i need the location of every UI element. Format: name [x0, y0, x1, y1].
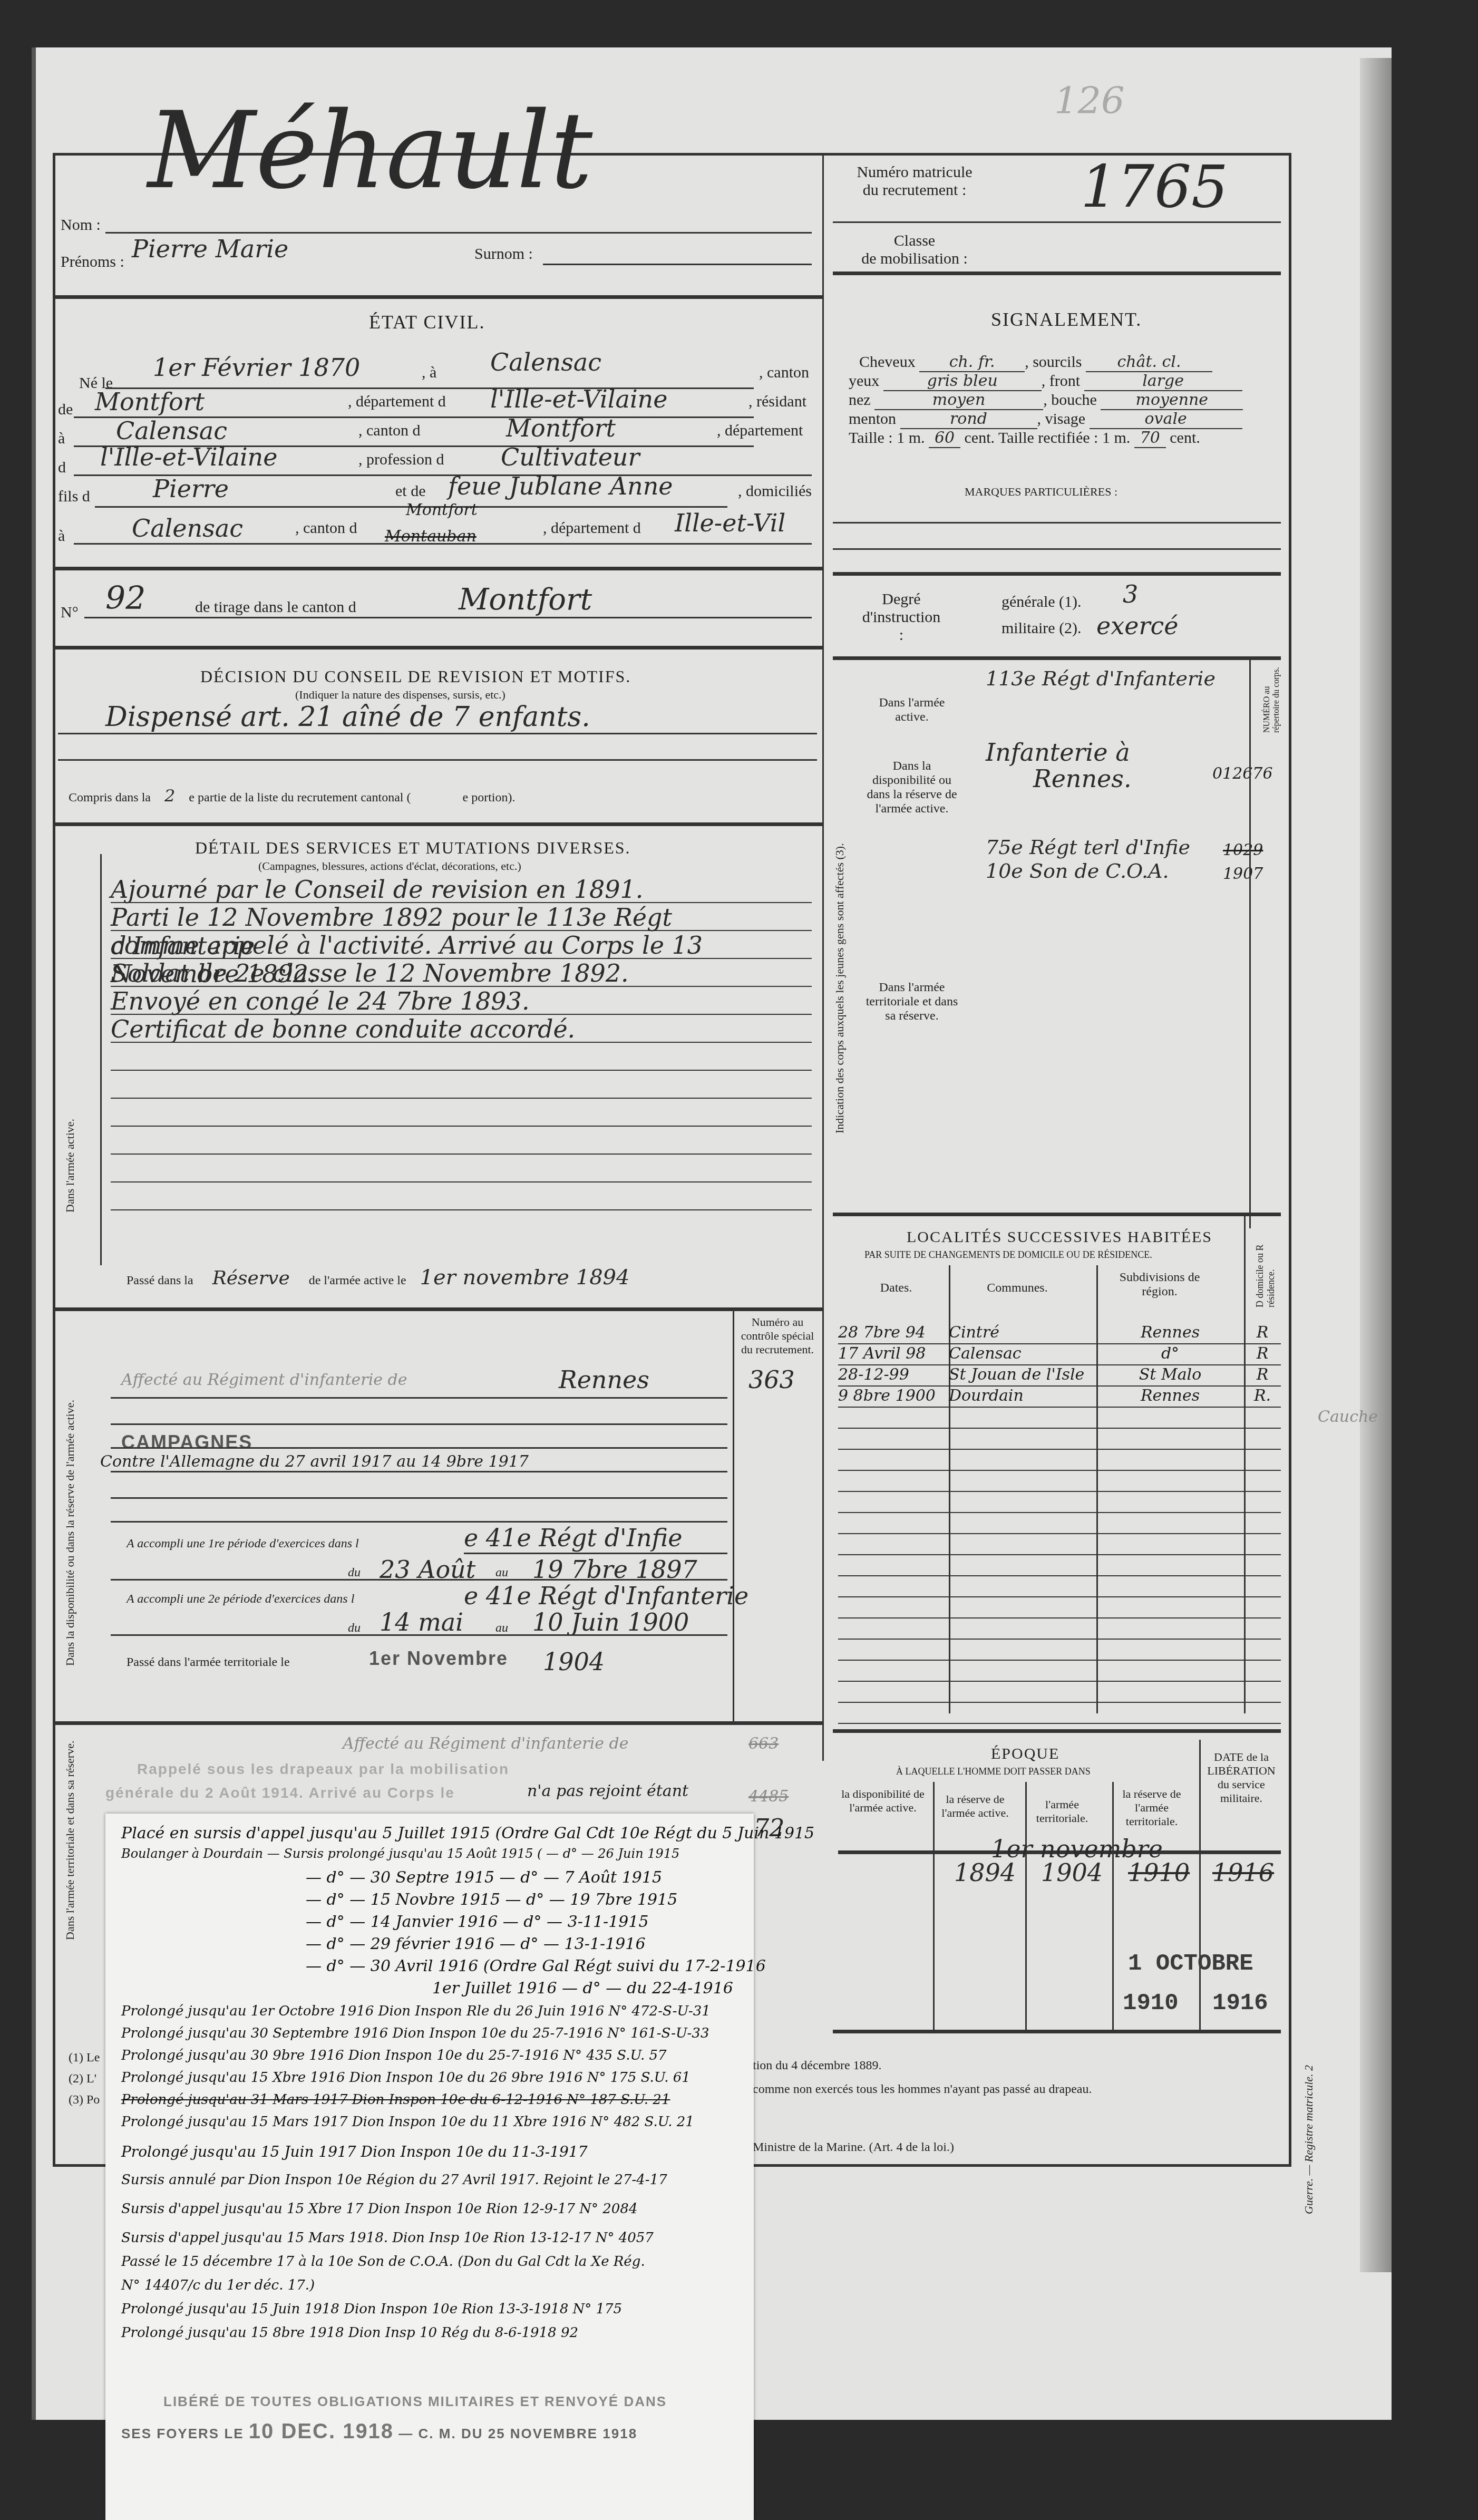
front-label: , front	[1042, 372, 1080, 390]
departement-label: , département d	[348, 393, 446, 411]
au-label: au	[495, 1621, 508, 1635]
front-value: large	[1084, 372, 1242, 391]
slip-line: Sursis annulé par Dion Inspon 10e Région…	[121, 2172, 667, 2188]
a3-label: à	[58, 527, 65, 545]
service-line-empty	[111, 1099, 812, 1127]
marques-label: MARQUES PARTICULIÈRES :	[965, 485, 1117, 499]
localite-subdivision: d°	[1096, 1344, 1244, 1364]
row-yeux: yeux gris bleu, front large	[849, 372, 1281, 391]
territoriale-label: Passé dans l'armée territoriale le	[127, 1655, 290, 1670]
periode1-label: A accompli une 1re période d'exercices d…	[127, 1537, 359, 1551]
fils-label: fils d	[58, 488, 90, 506]
departement-parents: Ille-et-Vil	[675, 509, 785, 537]
nom-label: Nom :	[61, 216, 101, 234]
divider	[833, 1729, 1281, 1733]
tirage-label: de tirage dans le canton d	[195, 598, 356, 616]
service-line: Envoyé en congé le 24 7bre 1893.	[111, 987, 812, 1015]
footnote-1-prefix: (1) Le	[69, 2051, 100, 2065]
surnom-label: Surnom :	[474, 245, 533, 263]
services-lines: Ajourné par le Conseil de revision en 18…	[111, 875, 812, 1210]
campagnes-label: CAMPAGNES	[121, 1431, 252, 1453]
departement-label2: , département	[717, 422, 803, 440]
yeux-value: gris bleu	[883, 372, 1042, 391]
corps-territoriale-label: Dans l'armée territoriale et dans sa rés…	[864, 981, 959, 1023]
departement-label3: , département d	[543, 519, 641, 537]
service-line: Ajourné par le Conseil de revision en 18…	[111, 875, 812, 903]
epoque-col-reserve-active: la réserve de l'armée active.	[933, 1792, 1017, 1820]
epoque-col-disponibilite: la disponibilité de l'armée active.	[838, 1787, 928, 1815]
localite-commune: Calensac	[949, 1344, 1096, 1364]
footnote-2: ...comme non exercés tous les hommes n'a…	[743, 2082, 1092, 2097]
localite-type: R.	[1244, 1387, 1281, 1407]
campagnes-line: Contre l'Allemagne du 27 avril 1917 au 1…	[100, 1452, 529, 1471]
corps-active-value: 113e Régt d'Infanterie	[986, 667, 1216, 690]
service-line-empty	[111, 1155, 812, 1183]
localites-subtitle: PAR SUITE DE CHANGEMENTS DE DOMICILE OU …	[864, 1249, 1152, 1261]
rappel-line2: générale du 2 Août 1914. Arrivé au Corps…	[105, 1785, 455, 1801]
page-number: 126	[1054, 79, 1125, 122]
localite-date: 17 Avril 98	[838, 1344, 949, 1364]
row-nez: nez moyen, bouche moyenne	[849, 391, 1281, 410]
divider	[833, 221, 1281, 223]
surnom-line	[543, 264, 812, 265]
residence: Calensac	[116, 416, 227, 445]
localite-row-empty	[838, 1661, 1281, 1682]
bouche-value: moyenne	[1101, 391, 1243, 410]
et-de-label: et de	[395, 482, 425, 500]
du-label: du	[348, 1621, 361, 1635]
domicile-parents: Calensac	[132, 514, 243, 542]
localite-row: 17 Avril 98 Calensac d° R	[838, 1344, 1281, 1365]
taille-label: Taille : 1 m.	[849, 429, 925, 447]
cent-label2: cent.	[1170, 429, 1200, 447]
slip-line: — d° — 15 Novbre 1915 — d° — 19 7bre 191…	[306, 1891, 677, 1909]
instruction-label: Degré d'instruction :	[859, 590, 944, 644]
epoque-liberation-struck: 1916	[1212, 1858, 1274, 1887]
row-taille: Taille : 1 m. 60 cent. Taille rectifiée …	[849, 429, 1281, 448]
periode2-label: A accompli une 2e période d'exercices da…	[127, 1592, 354, 1606]
slip-line: — d° — 14 Janvier 1916 — d° — 3-11-1915	[306, 1913, 649, 1931]
service-line-empty	[111, 1071, 812, 1099]
column-divider	[933, 1782, 935, 2030]
sourcils-value: chât. cl.	[1086, 353, 1212, 372]
slip-line: Prolongé jusqu'au 1er Octobre 1916 Dion …	[121, 2003, 711, 2019]
localite-row-empty	[838, 1408, 1281, 1429]
prenoms-label: Prénoms :	[61, 253, 124, 271]
field-line	[833, 548, 1281, 550]
footnote-2-prefix: (2) L'	[69, 2072, 96, 2086]
departement-residence: l'Ille-et-Vilaine	[100, 443, 277, 471]
slip-line: N° 14407/c du 1er déc. 17.)	[121, 2277, 315, 2293]
localite-row-empty	[838, 1492, 1281, 1513]
column-divider	[1112, 1782, 1114, 2030]
divider	[53, 1307, 822, 1311]
slip-line: 1er Juillet 1916 — d° — du 22-4-1916	[432, 1979, 733, 1998]
epoque-stamp-liberation: 1916	[1212, 1990, 1268, 2017]
localite-date: 9 8bre 1900	[838, 1387, 949, 1407]
localite-commune: St Jouan de l'Isle	[949, 1365, 1096, 1385]
canton-naissance: Montfort	[95, 387, 205, 416]
field-line	[111, 1397, 727, 1399]
localite-row: 28 7bre 94 Cintré Rennes R	[838, 1323, 1281, 1344]
visage-value: ovale	[1090, 410, 1242, 429]
slip-line: Prolongé jusqu'au 30 9bre 1916 Dion Insp…	[121, 2048, 667, 2063]
de-label: de	[58, 401, 73, 419]
corps-territoriale-numero: 1907	[1223, 865, 1263, 883]
periode2-au: 10 Juin 1900	[532, 1608, 689, 1636]
footnote-3: ...Ministre de la Marine. (Art. 4 de la …	[743, 2140, 954, 2155]
prenoms-value: Pierre Marie	[132, 235, 288, 263]
matricule-label-1: Numéro matricule	[846, 163, 983, 181]
column-divider	[1199, 1740, 1201, 2030]
epoque-territoriale-year: 1904	[1041, 1858, 1103, 1887]
field-line	[58, 733, 817, 734]
field-line	[111, 1634, 727, 1636]
page-edge	[1360, 58, 1392, 2272]
divider	[53, 567, 822, 570]
divider	[53, 646, 822, 650]
field-line	[111, 1579, 727, 1581]
column-divider	[822, 153, 824, 1761]
profession-label: , profession d	[358, 451, 444, 469]
compris-row: Compris dans la 2 e partie de la liste d…	[69, 786, 515, 806]
territoriale-affecte-label: Affecté au Régiment d'infanterie de	[343, 1734, 629, 1753]
service-line: Parti le 12 Novembre 1892 pour le 113e R…	[111, 903, 812, 931]
a2-label: à	[58, 430, 65, 448]
footnote-3-prefix: (3) Po	[69, 2093, 100, 2107]
slip-line: Boulanger à Dourdain — Sursis prolongé j…	[121, 1846, 679, 1861]
affecte-value: Rennes	[559, 1365, 649, 1394]
localite-subdivision: St Malo	[1096, 1365, 1244, 1385]
stamp-foyers: SES FOYERS LE	[121, 2426, 244, 2441]
localite-row-empty	[838, 1703, 1281, 1724]
territoriale-numero-struck: 663	[748, 1734, 779, 1753]
passe-date: 1er novembre 1894	[410, 1265, 630, 1290]
divider	[53, 295, 822, 299]
matricule-label: Numéro matricule du recrutement :	[846, 163, 983, 199]
divider	[53, 1721, 822, 1725]
services-title: DÉTAIL DES SERVICES ET MUTATIONS DIVERSE…	[195, 838, 631, 858]
portion-label: e portion).	[463, 791, 516, 805]
field-line	[464, 1553, 727, 1554]
au-label: au	[495, 1566, 508, 1580]
generale-label: générale (1).	[1001, 593, 1082, 611]
periode2-corps: e 41e Régt d'Infanterie	[464, 1582, 748, 1610]
epoque-title: ÉPOQUE	[991, 1745, 1059, 1763]
row-cheveux: Cheveux ch. fr., sourcils chât. cl.	[849, 353, 1281, 372]
slip-line: Sursis d'appel jusqu'au 15 Mars 1918. Di…	[121, 2230, 654, 2246]
canton-tirage: Montfort	[459, 583, 592, 617]
localite-row-empty	[838, 1555, 1281, 1576]
localite-row-empty	[838, 1682, 1281, 1703]
affecte-label: Affecté au Régiment d'infanterie de	[121, 1371, 407, 1389]
classe-label: Classe de mobilisation :	[846, 232, 983, 268]
reserve-numero-header: Numéro au contrôle spécial du recrutemen…	[738, 1315, 817, 1356]
territoriale-side-label: Dans l'armée territoriale et dans sa rés…	[63, 1740, 77, 1940]
service-line: comme appelé à l'activité. Arrivé au Cor…	[111, 931, 812, 959]
instruction-label-2: d'instruction :	[859, 608, 944, 644]
epoque-stamp-day: 1 OCTOBRE	[1128, 1951, 1253, 1977]
service-line: Soldat de 2e classe le 12 Novembre 1892.	[111, 959, 812, 987]
domicilies-label: , domiciliés	[738, 482, 812, 500]
slip-line: Prolongé jusqu'au 15 8bre 1918 Dion Insp…	[121, 2325, 578, 2341]
periode2-du: 14 mai	[380, 1608, 463, 1636]
localite-row-empty	[838, 1618, 1281, 1640]
menton-label: menton	[849, 410, 896, 428]
d-label: d	[58, 459, 66, 477]
service-line-empty	[111, 1043, 812, 1071]
militaire-label: militaire (2).	[1001, 619, 1082, 637]
corps-active-label: Dans l'armée active.	[870, 696, 954, 724]
nez-label: nez	[849, 391, 871, 409]
corps-territoriale-line: 10e Son de C.O.A.	[986, 859, 1169, 883]
corps-reserve-line: Infanterie à	[986, 738, 1130, 767]
localite-row-empty	[838, 1640, 1281, 1661]
territoriale-year: 1904	[543, 1647, 605, 1676]
corps-territoriale-line: 75e Régt terl d'Infie	[986, 836, 1190, 859]
corps-reserve-line: Rennes.	[1033, 764, 1132, 793]
territoriale-numero-struck2: 4485	[748, 1787, 789, 1806]
compris-label: Compris dans la	[69, 791, 151, 805]
date-naissance: 1er Février 1870	[153, 353, 360, 382]
passe-label2: de l'armée active le	[309, 1274, 406, 1287]
localite-date: 28 7bre 94	[838, 1323, 949, 1343]
lieu-naissance: Calensac	[490, 348, 601, 376]
field-line	[74, 543, 812, 545]
canton-d-label: , canton d	[358, 422, 420, 440]
localites-col-communes: Communes.	[965, 1281, 1070, 1295]
slip-line: Prolongé jusqu'au 15 Xbre 1916 Dion Insp…	[121, 2070, 691, 2086]
decision-subtitle: (Indiquer la nature des dispenses, sursi…	[295, 688, 505, 702]
localite-row-empty	[838, 1597, 1281, 1618]
corps-side-label: Indication des corps auxquels les jeunes…	[833, 691, 847, 1133]
localites-title: LOCALITÉS SUCCESSIVES HABITÉES	[907, 1228, 1212, 1246]
partie-label: e partie de la liste du recrutement cant…	[189, 791, 411, 805]
classe-label-1: Classe	[846, 232, 983, 250]
passe-label: Passé dans la	[127, 1274, 193, 1287]
services-subtitle: (Campagnes, blessures, actions d'éclat, …	[258, 859, 521, 873]
periode1-corps: e 41e Régt d'Infie	[464, 1524, 682, 1552]
localite-row: 9 8bre 1900 Dourdain Rennes R.	[838, 1387, 1281, 1408]
signalement-rows: Cheveux ch. fr., sourcils chât. cl. yeux…	[849, 353, 1281, 448]
canton-label3: , canton d	[295, 519, 357, 537]
bouche-label: , bouche	[1043, 391, 1097, 409]
a-label: , à	[422, 364, 436, 382]
divider	[833, 656, 1281, 660]
localites-col-type: D domicile ou R résidence.	[1255, 1228, 1277, 1307]
divider	[53, 822, 822, 826]
localite-commune: Cintré	[949, 1323, 1096, 1343]
localite-type: R	[1244, 1365, 1281, 1385]
passe-value: Réserve	[197, 1267, 306, 1289]
field-line	[111, 1521, 727, 1523]
slip-line: — d° — 29 février 1916 — d° — 13-1-1916	[306, 1935, 645, 1953]
divider	[833, 272, 1281, 275]
divider	[833, 572, 1281, 576]
footnote-1: ...tion du 4 décembre 1889.	[743, 2059, 882, 2073]
field-line	[58, 759, 817, 761]
epoque-subtitle: À LAQUELLE L'HOMME DOIT PASSER DANS	[896, 1766, 1091, 1777]
slip-line: Prolongé jusqu'au 15 Mars 1917 Dion Insp…	[121, 2114, 694, 2130]
matricule-value: 1765	[1081, 153, 1228, 220]
localite-row-empty	[838, 1471, 1281, 1492]
decision-title: DÉCISION DU CONSEIL DE REVISION ET MOTIF…	[200, 667, 631, 686]
slip-line-struck: Prolongé jusqu'au 31 Mars 1917 Dion Insp…	[121, 2092, 670, 2108]
service-line-empty	[111, 1183, 812, 1210]
field-line	[111, 1423, 727, 1425]
profession: Cultivateur	[501, 443, 639, 471]
localite-row: 28-12-99 St Jouan de l'Isle St Malo R	[838, 1365, 1281, 1387]
epoque-col-reserve-territoriale: la réserve de l'armée territoriale.	[1112, 1787, 1191, 1828]
nom-value: Méhault	[148, 90, 592, 212]
bracket-line	[100, 854, 102, 1265]
sourcils-label: , sourcils	[1025, 353, 1082, 371]
canton-parents: Montfort	[406, 501, 478, 519]
localite-subdivision: Rennes	[1096, 1387, 1244, 1407]
epoque-reserve-active-year: 1894	[954, 1858, 1016, 1887]
nez-value: moyen	[874, 391, 1043, 410]
localites-col-subdivisions: Subdivisions de région.	[1112, 1271, 1207, 1299]
field-line	[111, 1447, 727, 1449]
taille-rectifiee-value: 70	[1134, 429, 1166, 448]
rappel-note: n'a pas rejoint étant	[527, 1782, 688, 1800]
localite-row-empty	[838, 1513, 1281, 1534]
localite-subdivision: Rennes	[1096, 1323, 1244, 1343]
localite-row-empty	[838, 1450, 1281, 1471]
rappel-line1: Rappelé sous les drapeaux par la mobilis…	[137, 1761, 509, 1778]
slip-line: Sursis d'appel jusqu'au 15 Xbre 17 Dion …	[121, 2201, 637, 2217]
service-line-empty	[111, 1127, 812, 1155]
departement-naissance: l'Ille-et-Vilaine	[490, 385, 667, 413]
pasted-slip: Placé en sursis d'appel jusqu'au 5 Juill…	[105, 1814, 754, 2520]
slip-line: — d° — 30 Septre 1915 — d° — 7 Août 1915	[306, 1868, 662, 1887]
matricule-label-2: du recrutement :	[846, 181, 983, 199]
corps-reserve-numero: 012676	[1212, 764, 1273, 783]
residant-label: , résidant	[748, 393, 806, 411]
column-divider	[733, 1307, 734, 1724]
reserve-side-label: Dans la disponibilité ou dans la réserve…	[63, 1371, 77, 1666]
localite-date: 28-12-99	[838, 1365, 949, 1385]
slip-line: Placé en sursis d'appel jusqu'au 5 Juill…	[121, 1824, 814, 1843]
epoque-stamp-reserve-territoriale: 1910	[1123, 1990, 1179, 2017]
localite-type: R	[1244, 1344, 1281, 1364]
taille-value: 60	[929, 429, 960, 448]
localite-row-empty	[838, 1429, 1281, 1450]
pere: Pierre	[153, 474, 229, 503]
stamp-date: 10 DEC. 1918	[249, 2420, 394, 2443]
nom-line	[105, 232, 812, 234]
etat-civil-title: ÉTAT CIVIL.	[369, 311, 485, 333]
menton-value: rond	[900, 410, 1037, 429]
partie-value: 2	[154, 786, 186, 806]
yeux-label: yeux	[849, 372, 879, 390]
row-menton: menton rond, visage ovale	[849, 410, 1281, 429]
field-line	[833, 522, 1281, 524]
field-line	[111, 1497, 727, 1499]
column-divider	[1025, 1782, 1027, 2030]
stamp-cm: — C. M. DU 25 NOVEMBRE 1918	[398, 2426, 637, 2441]
localite-commune: Dourdain	[949, 1387, 1096, 1407]
corps-reserve-label: Dans la disponibilité ou dans la réserve…	[864, 759, 959, 816]
services-side-label: Dans l'armée active.	[63, 949, 77, 1213]
slip-line: Prolongé jusqu'au 15 Juin 1918 Dion Insp…	[121, 2301, 622, 2317]
divider	[833, 2030, 1281, 2033]
cent-label: cent. Taille rectifiée : 1 m.	[965, 429, 1131, 447]
localites-col-dates: Dates.	[864, 1281, 928, 1295]
service-line: Certificat de bonne conduite accordé.	[111, 1015, 812, 1043]
field-line	[84, 617, 812, 618]
liberation-stamp-line1: LIBÉRÉ DE TOUTES OBLIGATIONS MILITAIRES …	[163, 2393, 667, 2410]
militaire-value: exercé	[1096, 612, 1178, 640]
signalement-title: SIGNALEMENT.	[991, 308, 1142, 331]
localite-row-empty	[838, 1534, 1281, 1555]
slip-line: Passé le 15 décembre 17 à la 10e Son de …	[121, 2254, 645, 2270]
visage-label: , visage	[1037, 410, 1086, 428]
reserve-numero-value: 363	[748, 1365, 795, 1394]
territoriale-stamp: 1er Novembre	[369, 1647, 508, 1670]
divider	[833, 1213, 1281, 1216]
field-line	[111, 1471, 727, 1472]
numero-tirage: 92	[105, 580, 145, 617]
no-label: N°	[61, 604, 79, 622]
epoque-col-territoriale: l'armée territoriale.	[1023, 1798, 1102, 1825]
slip-line: Prolongé jusqu'au 30 Septembre 1916 Dion…	[121, 2025, 709, 2041]
mere: feue Jublane Anne	[448, 472, 673, 500]
cheveux-value: ch. fr.	[919, 353, 1025, 372]
corps-territoriale-numero: 1029	[1223, 841, 1263, 859]
localite-row-empty	[838, 1576, 1281, 1597]
liberation-stamp-line2: SES FOYERS LE 10 DEC. 1918 — C. M. DU 25…	[121, 2420, 637, 2444]
canton-label: , canton	[759, 364, 809, 382]
localite-type: R	[1244, 1323, 1281, 1343]
corps-numero-header: NUMÉRO au répertoire du corps.	[1262, 664, 1281, 733]
canton-residence: Montfort	[506, 414, 616, 442]
margin-note: Cauche	[1318, 1408, 1378, 1426]
cheveux-label: Cheveux	[849, 353, 916, 371]
slip-line: — d° — 30 Avril 1916 (Ordre Gal Régt sui…	[306, 1957, 766, 1975]
generale-value: 3	[1123, 580, 1138, 608]
passe-reserve-row: Passé dans la Réserve de l'armée active …	[127, 1265, 630, 1290]
slip-line: Prolongé jusqu'au 15 Juin 1917 Dion Insp…	[121, 2143, 587, 2160]
epoque-reserve-territoriale-year-struck: 1910	[1128, 1858, 1190, 1887]
decision-value: Dispensé art. 21 aîné de 7 enfants.	[105, 701, 590, 733]
instruction-label-1: Degré	[859, 590, 944, 608]
epoque-date-header: DATE de la LIBÉRATION du service militai…	[1202, 1750, 1281, 1805]
footnote-side-right: Guerre. — Registre matricule. 2	[1302, 1845, 1316, 2214]
du-label: du	[348, 1566, 361, 1580]
column-divider	[1249, 659, 1251, 1228]
localites-rows: 28 7bre 94 Cintré Rennes R 17 Avril 98 C…	[838, 1323, 1281, 1724]
classe-label-2: de mobilisation :	[846, 250, 983, 268]
